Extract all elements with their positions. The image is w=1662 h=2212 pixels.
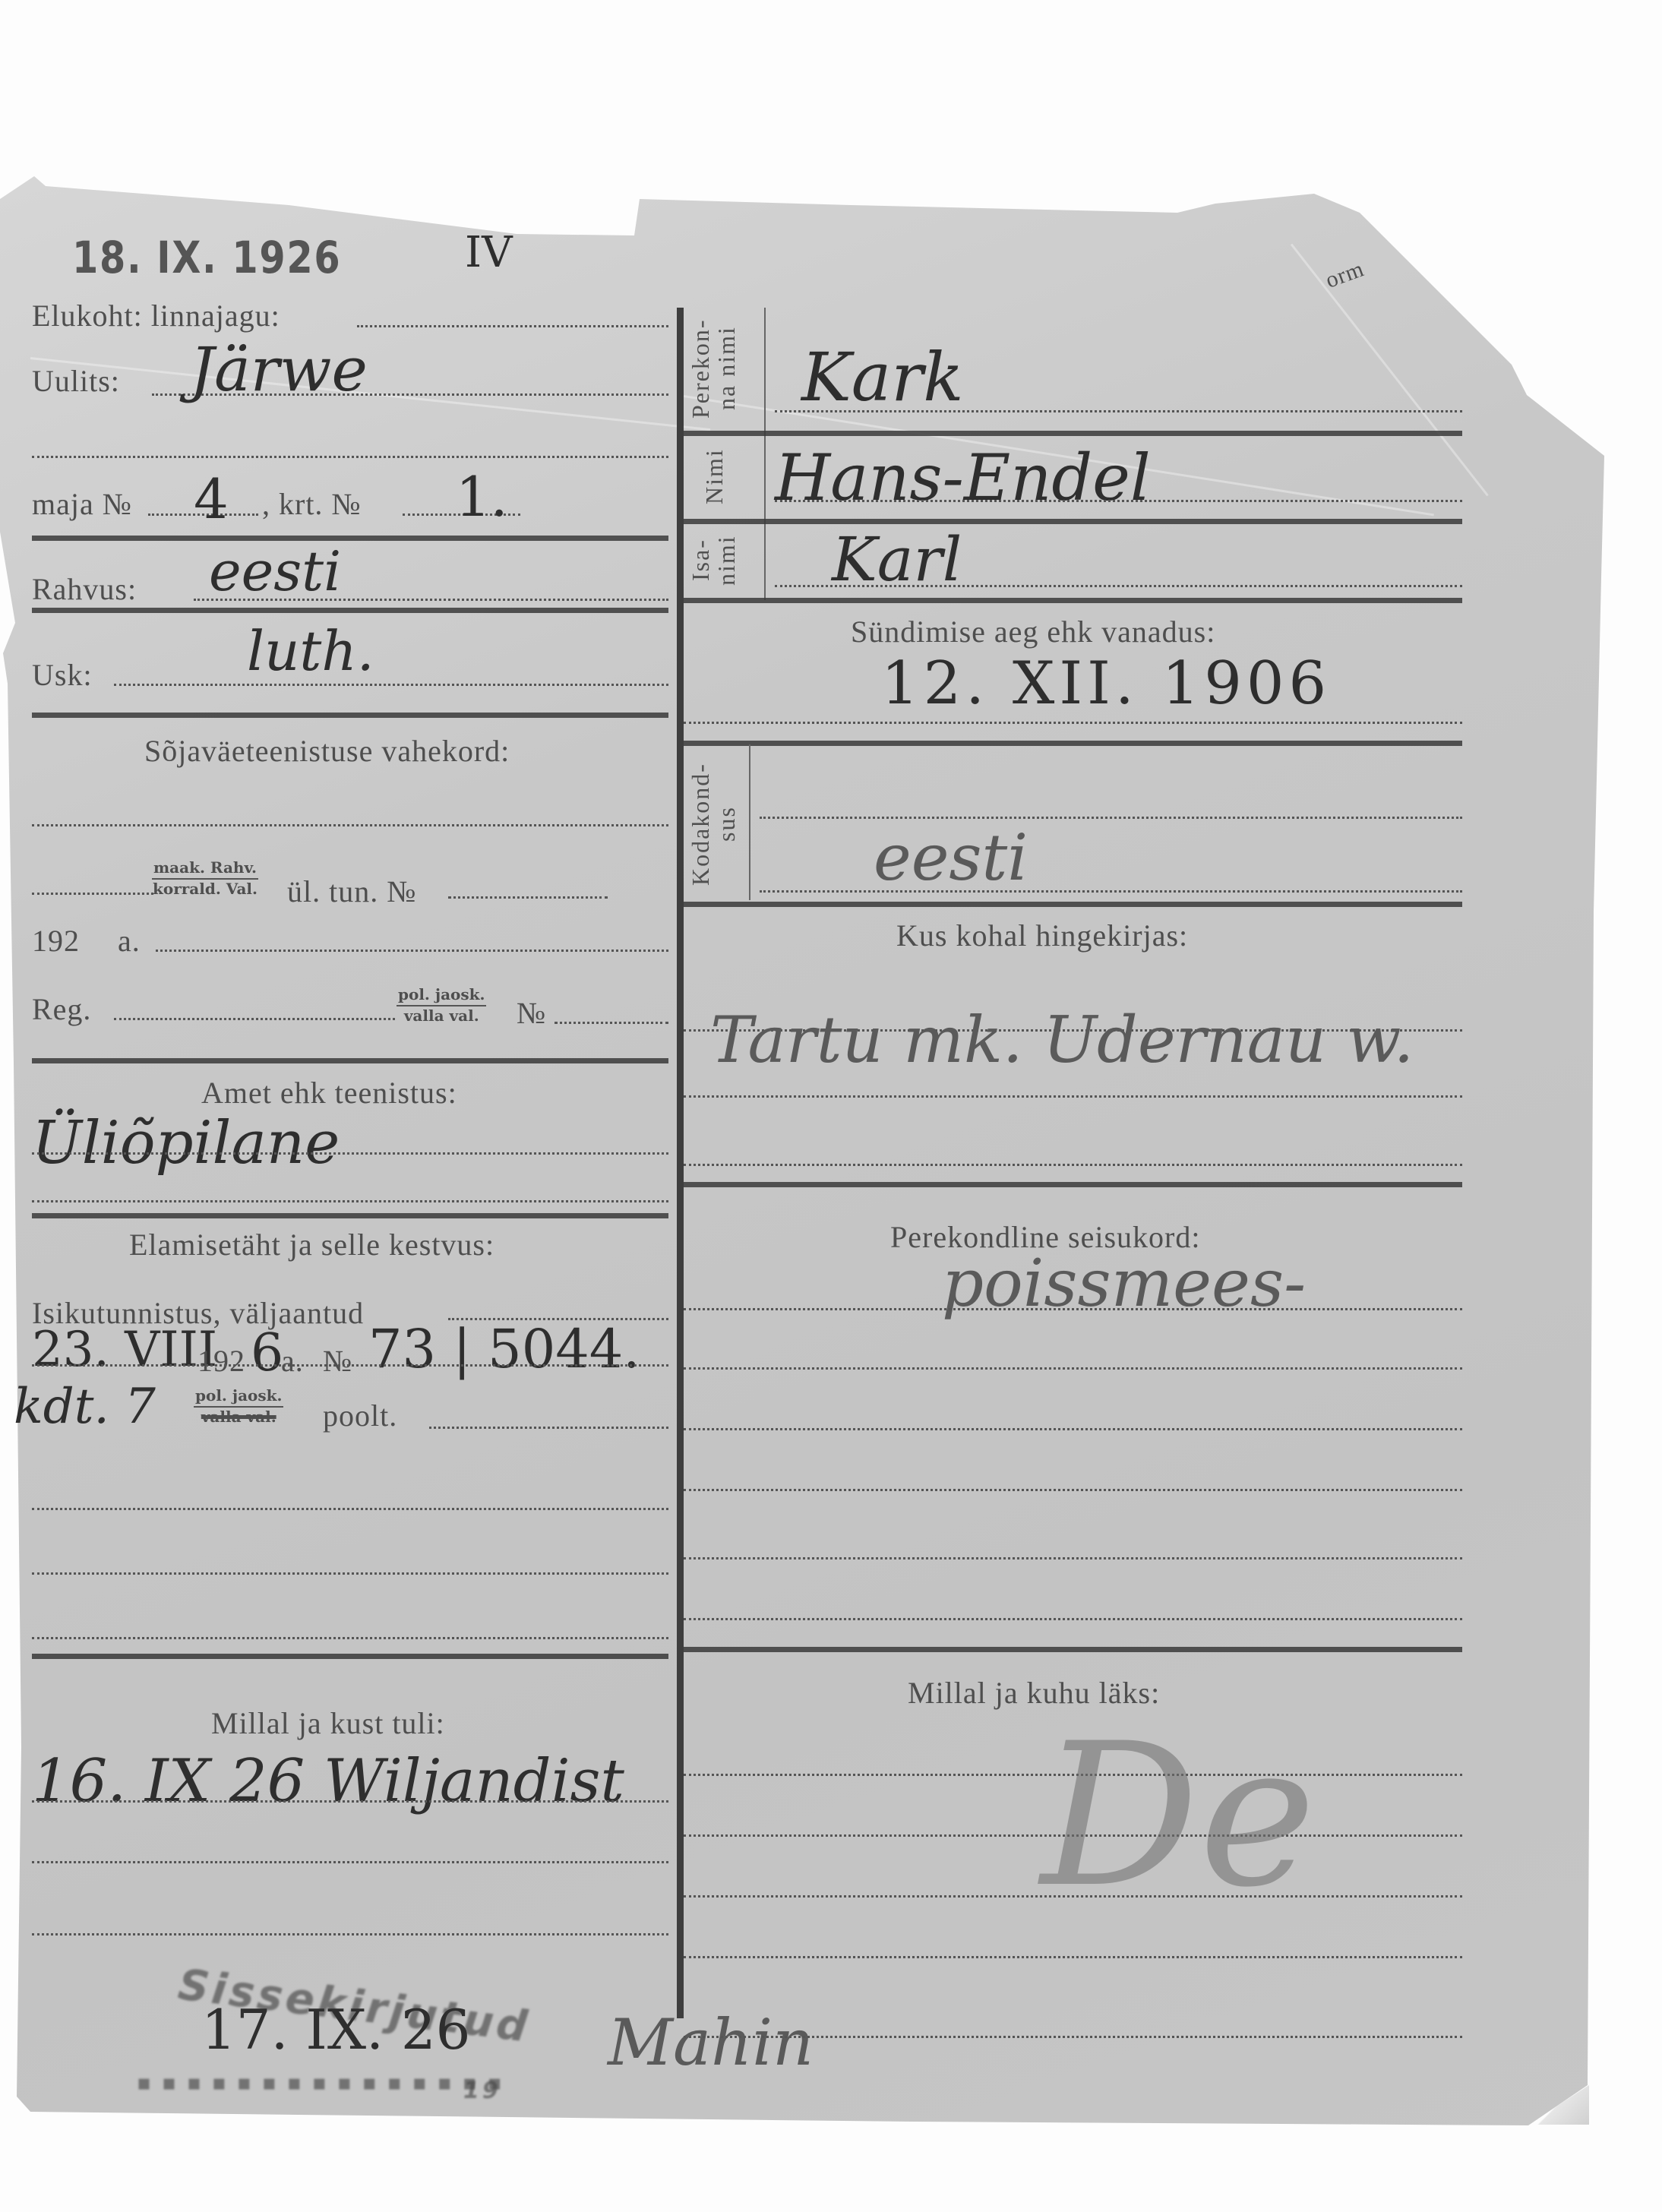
- pol-bottom: valla val.: [404, 1006, 479, 1025]
- maak-top: maak. Rahv.: [152, 858, 258, 880]
- dotted-line: [32, 824, 668, 826]
- krt-value: 1.: [456, 465, 508, 529]
- issue-year-hand: 6: [251, 1323, 283, 1383]
- dotted-line: [684, 1095, 1462, 1098]
- section-rule: [684, 1182, 1462, 1187]
- millal-tuli-value: 16. IX 26 Wiljandist: [32, 1747, 624, 1815]
- maak-bottom: korrald. Val.: [153, 880, 258, 898]
- issue-no-value: 73 | 5044.: [368, 1318, 640, 1380]
- dotted-line: [156, 950, 668, 952]
- dotted-line: [32, 1572, 668, 1575]
- usk-label: Usk:: [32, 657, 93, 693]
- dotted-line: [429, 1427, 668, 1429]
- dotted-line: [684, 722, 1462, 724]
- hingekirjas-heading: Kus kohal hingekirjas:: [896, 918, 1188, 953]
- issue-year-printed: 192: [197, 1343, 245, 1379]
- dotted-line: [32, 1364, 668, 1367]
- kodakondsus-label: Kodakond-sus: [687, 752, 741, 896]
- nimi-value: Hans-Endel: [775, 441, 1151, 515]
- sundimise-value: 12. XII. 1906: [881, 649, 1331, 718]
- section-rule: [32, 536, 668, 541]
- dotted-line: [32, 1637, 668, 1639]
- perekonnanimi-label: Perekon-na nimi: [687, 311, 741, 425]
- dotted-line: [555, 1022, 668, 1024]
- section-rule: [684, 741, 1462, 746]
- section-rule: [684, 902, 1462, 907]
- dotted-line: [114, 1018, 395, 1020]
- section-rule: [32, 713, 668, 718]
- maja-value: 4: [194, 467, 229, 531]
- issue-year-suffix: a.: [281, 1343, 304, 1379]
- dotted-line: [760, 817, 1462, 819]
- amet-value: Üliõpilane: [32, 1109, 340, 1177]
- column-divider: [677, 308, 684, 2018]
- dotted-line: [32, 1508, 668, 1510]
- sundimise-heading: Sündimise aeg ehk vanadus:: [851, 614, 1215, 649]
- year-suffix: a.: [118, 923, 141, 959]
- dotted-line: [684, 1308, 1462, 1310]
- entry-stamp-date: 17. IX. 26: [201, 1998, 470, 2062]
- kodakondsus-value: eesti: [874, 820, 1028, 895]
- dotted-line: [760, 890, 1462, 893]
- usk-value: luth.: [247, 619, 374, 683]
- uulits-label: Uulits:: [32, 363, 120, 399]
- millal-tuli-heading: Millal ja kust tuli:: [211, 1705, 445, 1741]
- issuer-pol-bottom: valla val.: [201, 1408, 276, 1426]
- sojavae-heading: Sõjaväeteenistuse vahekord:: [144, 733, 510, 769]
- hingekirjas-value: Tartu mk. Udernau w.: [710, 1003, 1414, 1077]
- nimi-label: Nimi: [687, 437, 741, 517]
- section-rule: [32, 1213, 668, 1218]
- amet-heading: Amet ehk teenistus:: [201, 1075, 457, 1111]
- pol-top: pol. jaosk.: [397, 985, 486, 1006]
- dotted-line: [684, 1367, 1462, 1370]
- dotted-line: [32, 456, 668, 458]
- dotted-line: [775, 500, 1462, 502]
- pol-fraction: pol. jaosk. valla val.: [397, 985, 486, 1025]
- rahvus-label: Rahvus:: [32, 571, 137, 607]
- issuer-suffix: poolt.: [323, 1398, 397, 1433]
- district-mark: IV: [465, 228, 513, 277]
- year-label: 192: [32, 923, 80, 959]
- reg-label: Reg.: [32, 991, 91, 1027]
- dotted-line: [684, 1489, 1462, 1491]
- dotted-line: [32, 1933, 668, 1935]
- entry-stamp-dots: ▪▪▪▪▪▪▪▪▪▪▪▪▪▪▪: [137, 2070, 513, 2095]
- elukoht-label: Elukoht: linnajagu:: [32, 298, 280, 333]
- dotted-line: [684, 1956, 1462, 1958]
- dotted-line: [114, 684, 668, 686]
- dotted-line: [32, 893, 153, 895]
- entry-stamp-year: 19: [463, 2078, 501, 2104]
- section-rule: [684, 1647, 1462, 1652]
- section-rule: [684, 519, 1462, 524]
- isanimi-label: Isa-nimi: [687, 524, 741, 596]
- issuer-pol-top: pol. jaosk.: [194, 1386, 283, 1408]
- perekondline-value: poissmees-: [942, 1246, 1306, 1322]
- dotted-line: [775, 585, 1462, 587]
- label-divider: [764, 308, 766, 600]
- section-rule: [684, 598, 1462, 603]
- dotted-line: [684, 1618, 1462, 1620]
- dotted-line: [684, 1164, 1462, 1166]
- section-rule: [32, 1058, 668, 1063]
- dotted-line: [32, 1861, 668, 1863]
- dotted-line: [32, 1200, 668, 1202]
- pencil-mark: De: [1041, 1702, 1316, 1931]
- dotted-line: [775, 410, 1462, 412]
- ul-tun-label: ül. tun. №: [287, 874, 416, 909]
- dotted-line: [32, 1152, 668, 1155]
- dotted-line: [448, 896, 608, 899]
- elamisetaht-heading: Elamisetäht ja selle kestvus:: [129, 1227, 494, 1262]
- dotted-line: [684, 1428, 1462, 1430]
- section-rule: [32, 1654, 668, 1659]
- issue-no-label: №: [323, 1343, 352, 1379]
- perekonnanimi-value: Kark: [801, 338, 964, 416]
- issue-day-month: 23. VIII: [32, 1322, 217, 1378]
- dotted-line: [32, 1800, 668, 1803]
- issuer-pol-fraction: pol. jaosk. valla val.: [194, 1386, 283, 1426]
- rahvus-value: eesti: [209, 539, 341, 603]
- dotted-line: [684, 2036, 1462, 2038]
- dotted-line: [357, 325, 668, 327]
- maja-label: maja №: [32, 486, 132, 522]
- reg-no-label: №: [517, 995, 546, 1031]
- krt-label: , krt. №: [262, 486, 362, 522]
- date-stamp: 18. IX. 1926: [72, 232, 341, 283]
- section-rule: [32, 608, 668, 613]
- signature: Mahin: [608, 2005, 814, 2080]
- issuer-hand: kdt. 7: [14, 1379, 156, 1435]
- dotted-line: [684, 1557, 1462, 1559]
- uulits-value: Järwe: [190, 334, 368, 405]
- label-divider: [749, 744, 750, 900]
- section-rule: [684, 431, 1462, 436]
- maak-fraction: maak. Rahv. korrald. Val.: [152, 858, 258, 898]
